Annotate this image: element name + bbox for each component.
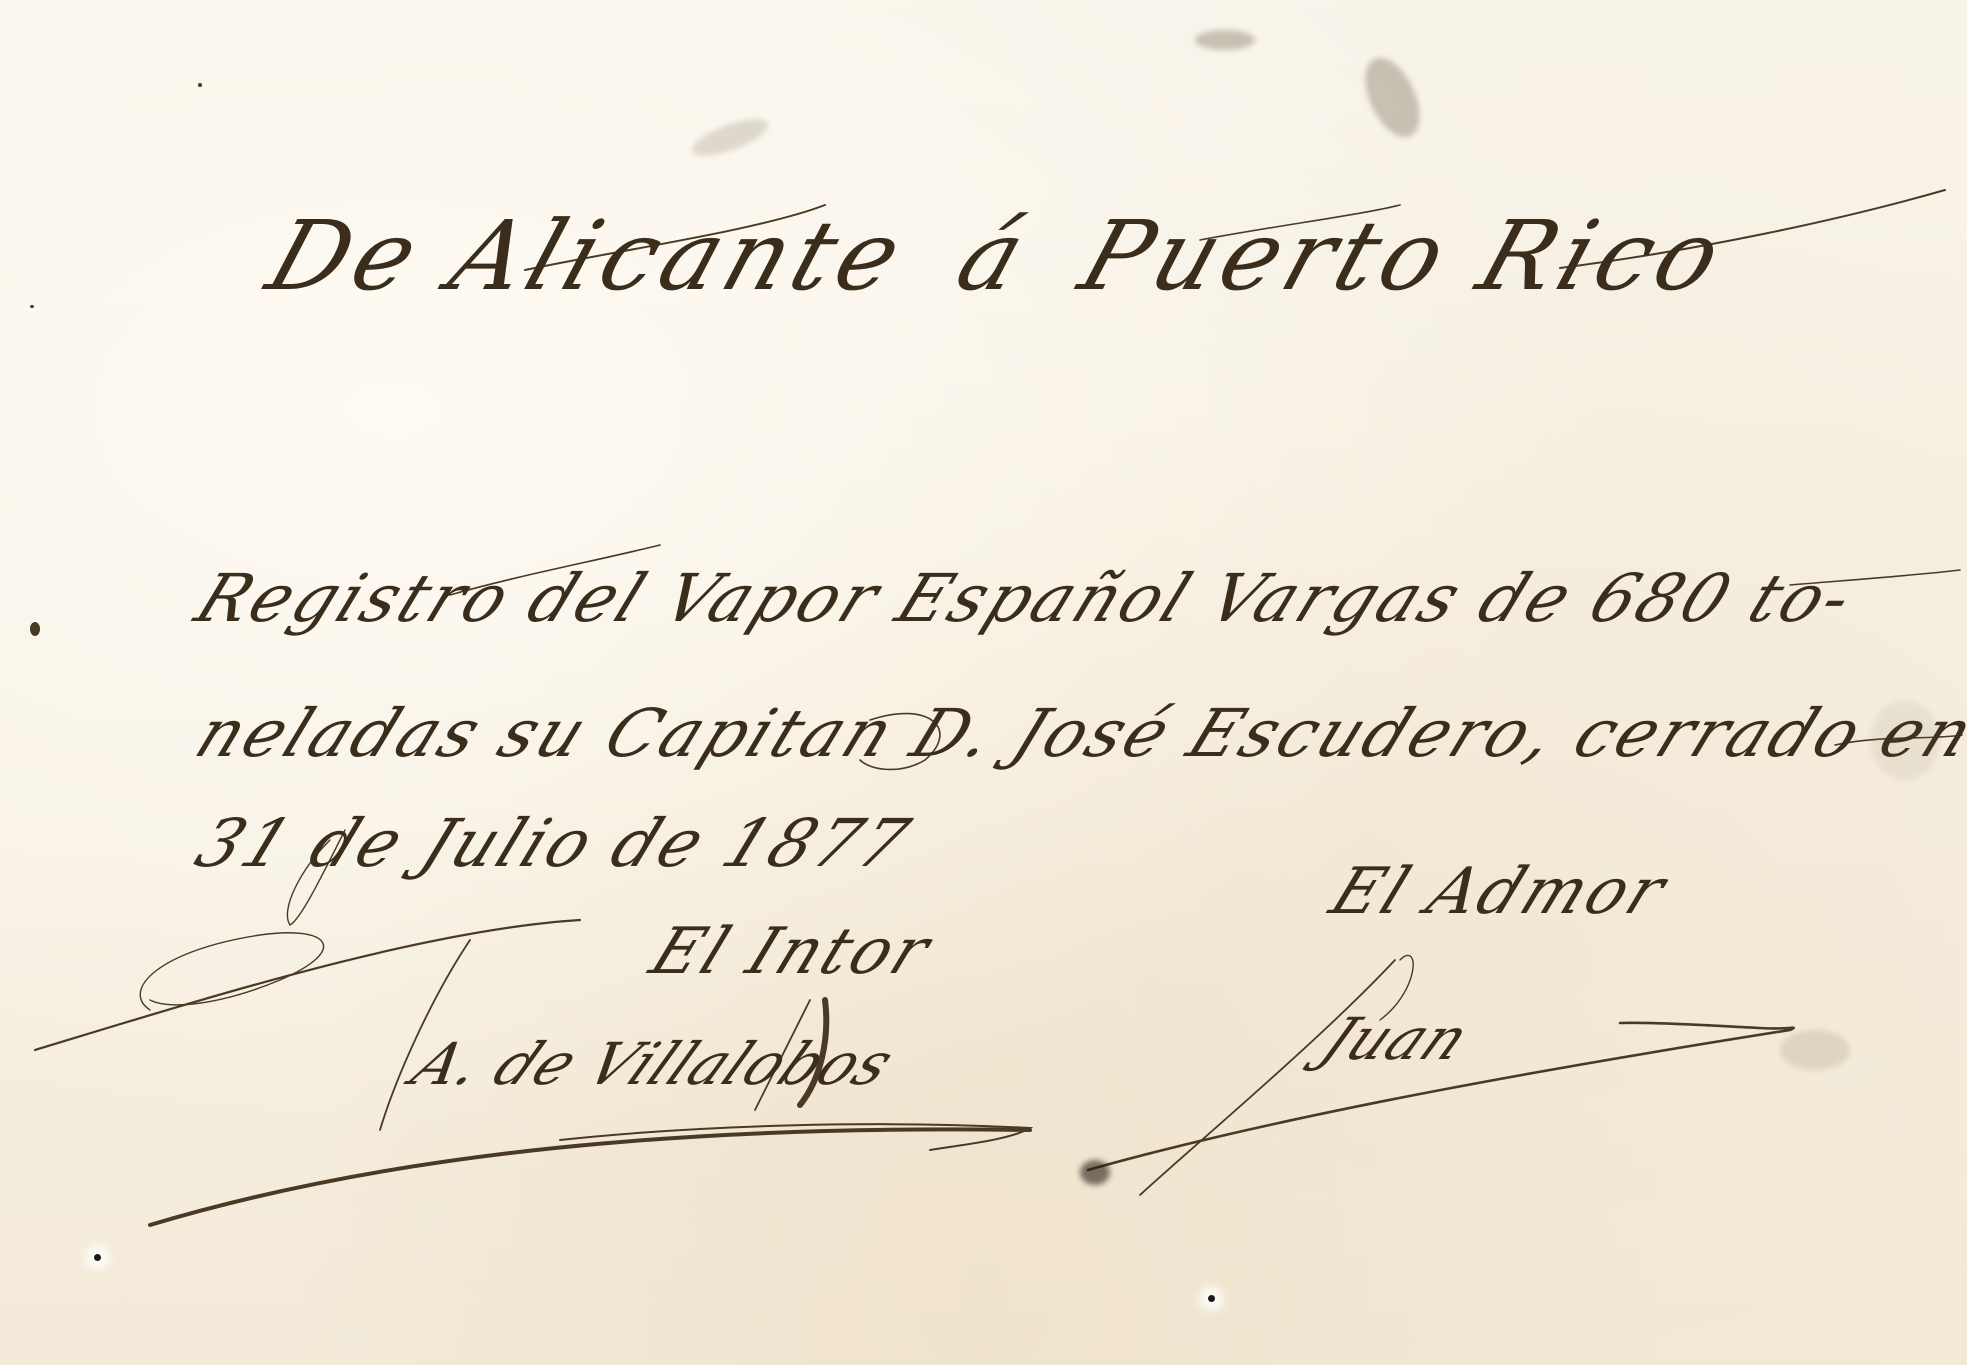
body-line-1: Registro del Vapor Español Vargas de 680… — [185, 560, 1866, 637]
ink-smudge — [1780, 1030, 1850, 1070]
ink-smudge — [1870, 700, 1940, 780]
heading-connector: á — [944, 200, 1044, 312]
pin-hole — [94, 1254, 101, 1261]
body-line-2: neladas su Capitan D. José Escudero, cer… — [185, 695, 1967, 772]
left-signature: A. de Villalobos — [400, 1030, 907, 1098]
ink-dot — [30, 622, 40, 636]
heading-destination: Puerto Rico — [1067, 200, 1740, 312]
ink-dot — [30, 305, 34, 308]
right-signatory-title: El Admor — [1320, 855, 1678, 929]
ink-smudge — [1195, 30, 1255, 50]
right-signature: Juan — [1310, 1005, 1483, 1073]
ink-smudge — [1354, 49, 1431, 145]
document-heading: De AlicanteáPuerto Rico — [255, 200, 1740, 312]
document-page: De AlicanteáPuerto Rico Registro del Vap… — [0, 0, 1967, 1365]
heading-origin: De Alicante — [255, 200, 921, 312]
left-signatory-title: El Intor — [640, 915, 943, 989]
pin-hole — [1208, 1295, 1215, 1302]
ink-dot — [198, 83, 202, 87]
ink-smudge — [688, 112, 772, 163]
ink-smudge — [1080, 1160, 1110, 1185]
body-line-3: 31 de Julio de 1877 — [185, 805, 923, 882]
